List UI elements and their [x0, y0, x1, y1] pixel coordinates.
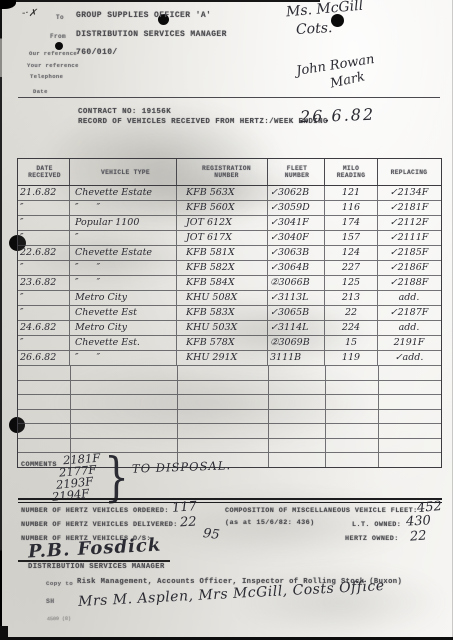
- fleet-composition-label: COMPOSITION OF MISCELLANEOUS VEHICLE FLE…: [225, 507, 418, 515]
- cell-date: ″: [18, 261, 70, 275]
- cell-replacing: add.: [378, 291, 440, 305]
- col-header-registration: REGISTRATION NUMBER: [177, 159, 268, 185]
- cell-fleet: ②3066B: [268, 276, 325, 290]
- ordered-value: 117: [172, 499, 198, 516]
- cell-fleet: ✓3040F: [268, 231, 325, 245]
- empty-table-row: [18, 395, 441, 410]
- table-row: 24.6.82 Metro City KHU 503X ✓3114L 224 a…: [18, 321, 441, 336]
- cell-date: 22.6.82: [18, 246, 70, 260]
- scan-corner-bottom: [0, 626, 8, 640]
- cell-replacing: ✓2134F: [378, 186, 440, 200]
- contract-number: CONTRACT NO: 19156K: [78, 108, 171, 116]
- ordered-label: NUMBER OF HERTZ VEHICLES ORDERED:: [21, 507, 169, 515]
- table-row: 26.6.82 ″ ″ KHU 291X 3111B 119 ✓add.: [18, 351, 441, 366]
- from-label: From: [50, 33, 66, 40]
- delivered-label: NUMBER OF HERTZ VEHICLES DELIVERED:: [21, 521, 178, 529]
- annotation-dept: Cots.: [296, 20, 333, 38]
- hertz-owned-value: 22: [409, 528, 427, 544]
- cell-date: ″: [18, 201, 70, 215]
- cell-replacing: ✓2186F: [378, 261, 440, 275]
- cell-milo: 125: [325, 276, 378, 290]
- cell-reg: KFB 583X: [177, 306, 268, 320]
- cell-milo: 213: [325, 291, 378, 305]
- our-reference-value: 760/010/: [76, 48, 118, 57]
- cell-reg: JOT 612X: [177, 216, 268, 230]
- table-row: ″ ″ ″ KFB 560X ✓3059D 116 ✓2181F: [18, 201, 441, 216]
- scan-edge-left: [0, 0, 2, 640]
- pen-scribble: ‑·✗: [22, 8, 37, 19]
- table-row: ″ Chevette Est. KFB 578X ②3069B 15 2191F: [18, 336, 441, 351]
- table-row: 23.6.82 ″ ″ KFB 584X ②3066B 125 ✓2188F: [18, 276, 441, 291]
- empty-table-row: [18, 439, 441, 454]
- signoff-title: DISTRIBUTION SERVICES MANAGER: [28, 563, 165, 571]
- scan-corner: [0, 0, 16, 9]
- lt-owned-label: L.T. OWNED:: [352, 521, 401, 529]
- col-header-date: DATE RECEIVED: [18, 159, 70, 185]
- cell-date: 21.6.82: [18, 186, 70, 200]
- table-row: ″ ″ ″ KFB 582X ✓3064B 227 ✓2186F: [18, 261, 441, 276]
- table-row: ″ Popular 1100 JOT 612X ✓3041F 174 ✓2112…: [18, 216, 441, 231]
- table-row: ″ Metro City KHU 508X ✓3113L 213 add.: [18, 291, 441, 306]
- cell-milo: 121: [325, 186, 378, 200]
- cell-date: 24.6.82: [18, 321, 70, 335]
- col-header-fleet: FLEET NUMBER: [268, 159, 325, 185]
- cell-type: ″: [70, 231, 177, 245]
- cell-date: 26.6.82: [18, 351, 70, 365]
- hertz-owned-label: HERTZ OWNED:: [345, 535, 399, 543]
- empty-table-row: [18, 366, 441, 381]
- cell-reg: KHU 291X: [177, 351, 268, 365]
- annotation-recipient: Ms. McGill: [285, 0, 363, 20]
- col-header-milo: MILO READING: [325, 159, 378, 185]
- double-rule: [18, 498, 442, 503]
- cell-fleet: ✓3063B: [268, 246, 325, 260]
- cell-fleet: ✓3114L: [268, 321, 325, 335]
- cell-milo: 116: [325, 201, 378, 215]
- disposal-note: TO DISPOSAL.: [132, 458, 231, 475]
- cell-type: ″ ″: [70, 351, 177, 365]
- cell-milo: 119: [325, 351, 378, 365]
- cell-reg: KFB 582X: [177, 261, 268, 275]
- cell-reg: KFB 578X: [177, 336, 268, 350]
- cell-replacing: ✓add.: [378, 351, 440, 365]
- cell-milo: 224: [325, 321, 378, 335]
- cell-reg: KFB 560X: [177, 201, 268, 215]
- to-value: GROUP SUPPLIES OFFICER 'A': [76, 11, 211, 20]
- cell-type: ″ ″: [70, 261, 177, 275]
- col-header-replacing: REPLACING: [378, 159, 440, 185]
- cell-fleet: ✓3113L: [268, 291, 325, 305]
- cell-reg: KFB 584X: [177, 276, 268, 290]
- delivered-value: 22: [180, 515, 197, 531]
- scanned-document: ‑·✗ To GROUP SUPPLIES OFFICER 'A' From D…: [0, 0, 453, 640]
- cell-type: Chevette Estate: [70, 246, 177, 260]
- empty-table-row: [18, 410, 441, 425]
- telephone-label: Telephone: [30, 73, 63, 80]
- cell-fleet: ✓3059D: [268, 201, 325, 215]
- cell-milo: 157: [325, 231, 378, 245]
- week-ending-value: 26.6.82: [300, 105, 376, 127]
- cell-milo: 22: [325, 306, 378, 320]
- as-at-note: (as at 15/6/82: 436): [225, 519, 315, 527]
- table-row: ″ ″ JOT 617X ✓3040F 157 ✓2111F: [18, 231, 441, 246]
- table-row: ″ Chevette Est KFB 583X ✓3065B 22 ✓2187F: [18, 306, 441, 321]
- form-print-code: 4509 (8): [47, 616, 71, 622]
- cell-date: ″: [18, 291, 70, 305]
- lt-owned-value: 430: [406, 513, 432, 529]
- cell-fleet: ②3069B: [268, 336, 325, 350]
- cell-milo: 124: [325, 246, 378, 260]
- from-value: DISTRIBUTION SERVICES MANAGER: [76, 30, 227, 39]
- table-header-row: DATE RECEIVED VEHICLE TYPE REGISTRATION …: [18, 159, 441, 186]
- record-line: RECORD OF VEHICLES RECEIVED FROM HERTZ:/…: [78, 118, 328, 126]
- cell-fleet: ✓3041F: [268, 216, 325, 230]
- cell-reg: KHU 508X: [177, 291, 268, 305]
- cell-type: Metro City: [70, 291, 177, 305]
- cell-milo: 227: [325, 261, 378, 275]
- cell-replacing: 2191F: [378, 336, 440, 350]
- cell-fleet: ✓3062B: [268, 186, 325, 200]
- cell-milo: 15: [325, 336, 378, 350]
- ink-blot: [55, 42, 63, 50]
- smudge: [230, 565, 450, 640]
- divider: [18, 97, 440, 98]
- cell-reg: JOT 617X: [177, 231, 268, 245]
- os-value: 95: [202, 526, 220, 543]
- cell-replacing: ✓2181F: [378, 201, 440, 215]
- cell-replacing: ✓2185F: [378, 246, 440, 260]
- sh-label: SH: [46, 598, 55, 605]
- your-reference-label: Your reference: [27, 62, 79, 69]
- empty-table-row: [18, 424, 441, 439]
- cell-type: Metro City: [70, 321, 177, 335]
- date-label: Date: [33, 88, 48, 95]
- cell-reg: KHU 503X: [177, 321, 268, 335]
- signature-underline: [18, 560, 170, 562]
- cell-reg: KFB 581X: [177, 246, 268, 260]
- cell-replacing: ✓2111F: [378, 231, 440, 245]
- cell-fleet: ✓3065B: [268, 306, 325, 320]
- cell-replacing: ✓2187F: [378, 306, 440, 320]
- scan-edge-top: [0, 0, 320, 2]
- cell-fleet: ✓3064B: [268, 261, 325, 275]
- cell-date: ″: [18, 336, 70, 350]
- cell-fleet: 3111B: [268, 351, 325, 365]
- comments-label: COMMENTS: [21, 461, 57, 469]
- cell-type: ″ ″: [70, 201, 177, 215]
- cell-type: Chevette Est.: [70, 336, 177, 350]
- our-reference-label: Our reference: [29, 50, 77, 57]
- table-row: 21.6.82 Chevette Estate KFB 563X ✓3062B …: [18, 186, 441, 201]
- cell-type: Popular 1100: [70, 216, 177, 230]
- cell-type: Chevette Est: [70, 306, 177, 320]
- cell-date: ″: [18, 216, 70, 230]
- table-row: 22.6.82 Chevette Estate KFB 581X ✓3063B …: [18, 246, 441, 261]
- col-header-type: VEHICLE TYPE: [70, 159, 177, 185]
- to-label: To: [56, 14, 64, 21]
- cell-replacing: ✓2112F: [378, 216, 440, 230]
- cell-replacing: add.: [378, 321, 440, 335]
- cell-type: Chevette Estate: [70, 186, 177, 200]
- cell-milo: 174: [325, 216, 378, 230]
- cell-date: ″: [18, 306, 70, 320]
- copy-to-label: Copy to: [46, 580, 73, 587]
- cell-reg: KFB 563X: [177, 186, 268, 200]
- cell-date: 23.6.82: [18, 276, 70, 290]
- vehicles-table: DATE RECEIVED VEHICLE TYPE REGISTRATION …: [17, 158, 442, 468]
- cell-replacing: ✓2188F: [378, 276, 440, 290]
- cell-date: ″: [18, 231, 70, 245]
- cell-type: ″ ″: [70, 276, 177, 290]
- empty-table-row: [18, 381, 441, 396]
